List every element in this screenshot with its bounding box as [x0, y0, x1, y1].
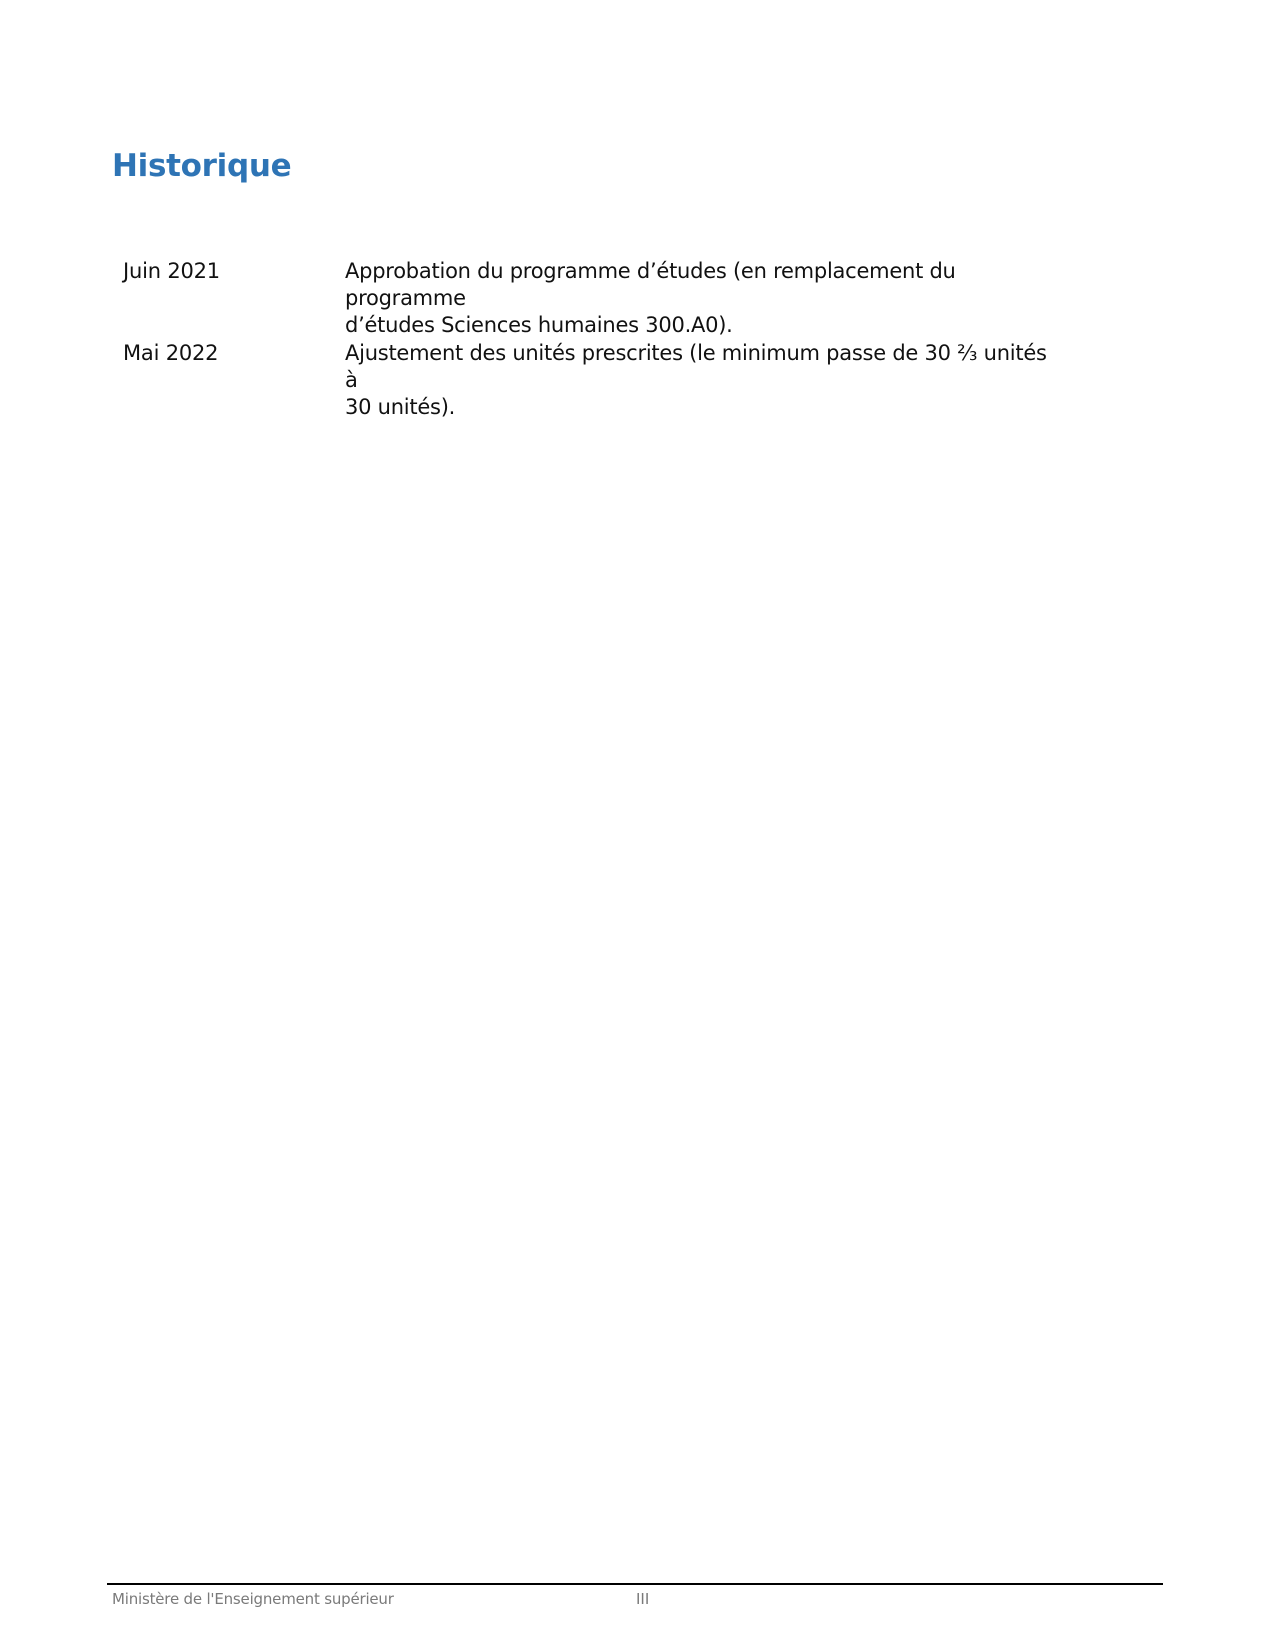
- history-table: Juin 2021 Approbation du programme d’étu…: [123, 258, 1083, 422]
- footer-divider: [107, 1583, 1163, 1585]
- history-date: Juin 2021: [123, 258, 220, 285]
- history-description: Ajustement des unités prescrites (le min…: [345, 340, 1065, 421]
- history-row: Mai 2022 Ajustement des unités prescrite…: [123, 340, 1083, 422]
- page-title: Historique: [112, 148, 291, 184]
- history-description-line: Ajustement des unités prescrites (le min…: [345, 340, 1065, 394]
- page-number: III: [636, 1590, 649, 1608]
- history-description-line: Approbation du programme d’études (en re…: [345, 258, 1065, 312]
- history-row: Juin 2021 Approbation du programme d’étu…: [123, 258, 1083, 340]
- history-description: Approbation du programme d’études (en re…: [345, 258, 1065, 339]
- history-description-line: d’études Sciences humaines 300.A0).: [345, 312, 1065, 339]
- history-date: Mai 2022: [123, 340, 218, 367]
- history-description-line: 30 unités).: [345, 394, 1065, 421]
- footer-organization: Ministère de l'Enseignement supérieur: [112, 1590, 394, 1608]
